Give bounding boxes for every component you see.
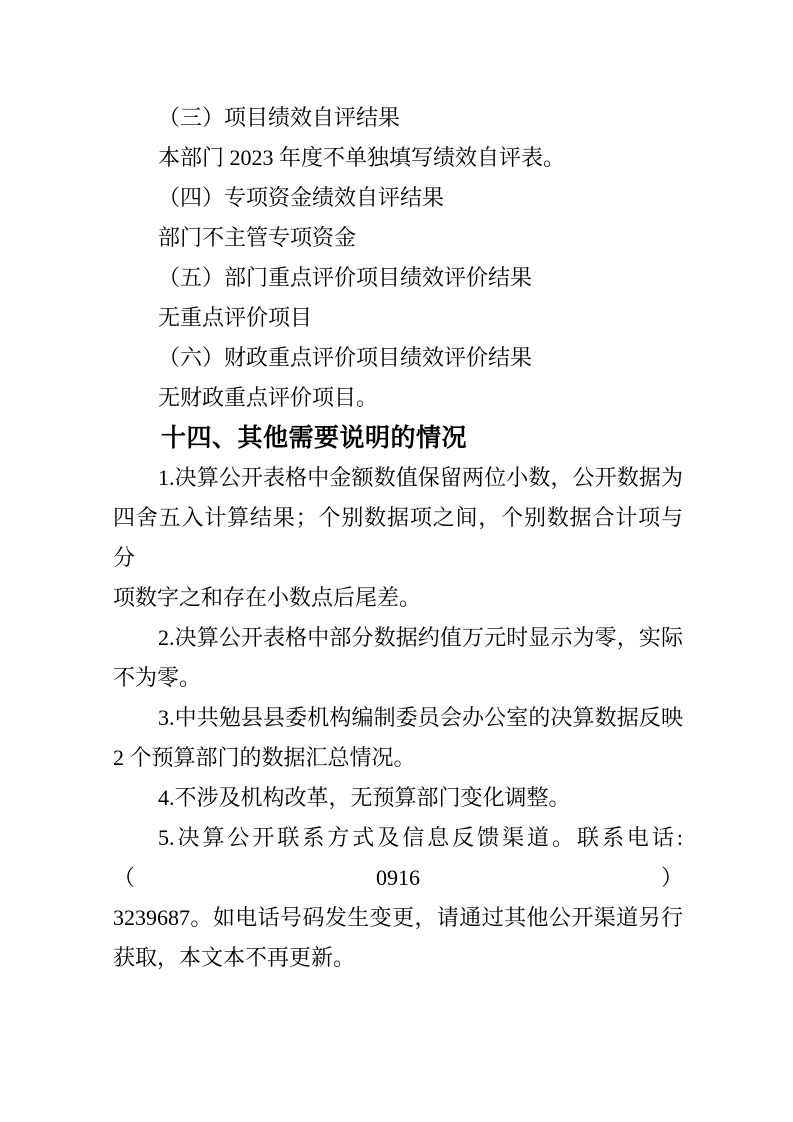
paragraph-line: 不为零。 xyxy=(113,658,683,698)
document-page: （三）项目绩效自评结果 本部门 2023 年度不单独填写绩效自评表。 （四）专项… xyxy=(0,0,793,1122)
paragraph-line: 项数字之和存在小数点后尾差。 xyxy=(113,578,683,618)
paragraph-line: 获取，本文本不再更新。 xyxy=(113,938,683,978)
paragraph-line: 5.决算公开联系方式及信息反馈渠道。联系电话:（0916） xyxy=(113,818,683,898)
document-content: （三）项目绩效自评结果 本部门 2023 年度不单独填写绩效自评表。 （四）专项… xyxy=(0,0,793,978)
paragraph-line: （五）部门重点评价项目绩效评价结果 xyxy=(113,258,683,298)
paragraph-line: 4.不涉及机构改革，无预算部门变化调整。 xyxy=(113,778,683,818)
paragraph-line: 本部门 2023 年度不单独填写绩效自评表。 xyxy=(113,138,683,178)
paragraph-line: 无财政重点评价项目。 xyxy=(113,378,683,418)
paragraph-line: （六）财政重点评价项目绩效评价结果 xyxy=(113,338,683,378)
paragraph-line: 无重点评价项目 xyxy=(113,298,683,338)
paragraph-line: 2 个预算部门的数据汇总情况。 xyxy=(113,738,683,778)
paragraph-line: （三）项目绩效自评结果 xyxy=(113,98,683,138)
paragraph-line: 3239687。如电话号码发生变更，请通过其他公开渠道另行 xyxy=(113,898,683,938)
section-heading: 十四、其他需要说明的情况 xyxy=(113,418,683,458)
paragraph-line: 2.决算公开表格中部分数据约值万元时显示为零，实际 xyxy=(113,618,683,658)
paragraph-line: 部门不主管专项资金 xyxy=(113,218,683,258)
paragraph-line: 四舍五入计算结果；个别数据项之间，个别数据合计项与分 xyxy=(113,498,683,578)
paragraph-line: 3.中共勉县县委机构编制委员会办公室的决算数据反映 xyxy=(113,698,683,738)
paragraph-line: 1.决算公开表格中金额数值保留两位小数，公开数据为 xyxy=(113,458,683,498)
paragraph-line: （四）专项资金绩效自评结果 xyxy=(113,178,683,218)
